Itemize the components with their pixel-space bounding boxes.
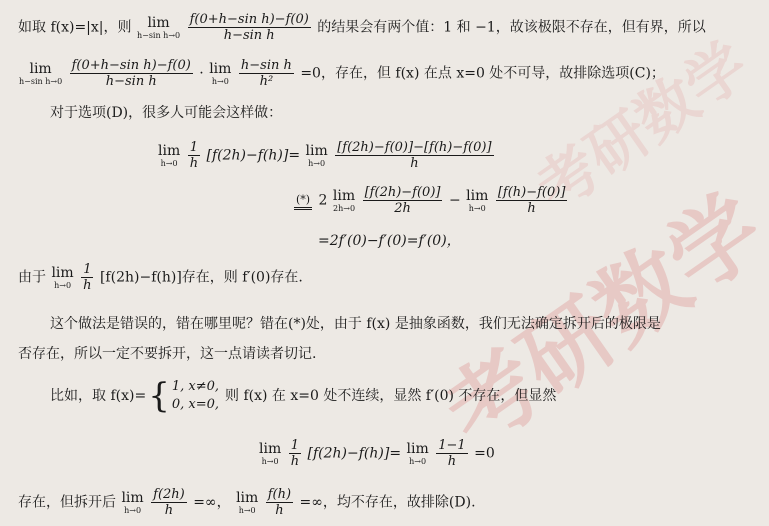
limit: limh−sin h→0: [19, 62, 62, 86]
limit: lim2h→0: [333, 189, 355, 213]
limit: limh→0: [259, 442, 281, 466]
line-2: limh−sin h→0 f(0+h−sin h)−f(0)h−sin h · …: [18, 58, 665, 89]
piecewise: 1, x≠0, 0, x=0,: [172, 378, 219, 414]
line-8: 存在，但拆开后 limh→0 f(2h)h =∞， limh→0 f(h)h =…: [18, 487, 476, 518]
fraction: f(0+h−sin h)−f(0)h−sin h: [70, 58, 193, 89]
text: −: [449, 193, 461, 209]
fraction: h−sin hh²: [239, 58, 294, 89]
limit: limh→0: [121, 491, 143, 515]
text: [f(2h)−f(h)]=: [207, 148, 301, 164]
document-page: 考研数学 考研数学 如取 f(x)=|x|，则 limh−sin h→0 f(0…: [0, 0, 769, 526]
fraction: f(2h)h: [151, 487, 187, 518]
fraction: f(0+h−sin h)−f(0)h−sin h: [188, 12, 311, 43]
line-4: 由于 limh→0 1h [f(2h)−f(h)]存在，则 f′(0)存在.: [18, 262, 303, 293]
fraction: 1−1h: [436, 438, 467, 469]
text: 比如，取 f(x)=: [50, 387, 146, 405]
fraction: [f(2h)−f(0)]2h: [363, 185, 443, 216]
fraction: f(h)h: [266, 487, 293, 518]
text: =0，存在，但 f(x) 在点 x=0 处不可导，故排除选项(C)；: [300, 66, 665, 82]
text: 存在，但拆开后: [18, 495, 116, 511]
equation-3: =2f′(0)−f′(0)=f′(0)，: [318, 232, 461, 250]
limit: limh→0: [209, 62, 231, 86]
limit: limh→0: [51, 266, 73, 290]
text: 2: [319, 193, 328, 209]
text: =∞，均不存在，故排除(D).: [300, 495, 476, 511]
text: [f(2h)−f(h)]=: [308, 446, 402, 462]
text: 由于: [18, 270, 46, 286]
equation-2: (*) 2 lim2h→0 [f(2h)−f(0)]2h − limh→0 [f…: [292, 185, 569, 216]
line-1: 如取 f(x)=|x|，则 limh−sin h→0 f(0+h−sin h)−…: [18, 12, 706, 43]
limit: limh→0: [466, 189, 488, 213]
line-7: 比如，取 f(x)= { 1, x≠0, 0, x=0, 则 f(x) 在 x=…: [50, 378, 556, 414]
line-5: 这个做法是错误的，错在哪里呢？错在(*)处，由于 f(x) 是抽象函数，我们无法…: [50, 315, 661, 333]
fraction: [f(2h)−f(0)]−[f(h)−f(0)]h: [335, 140, 493, 171]
line-3: 对于选项(D)，很多人可能会这样做：: [50, 104, 282, 122]
text: =0: [474, 446, 495, 462]
limit: limh→0: [158, 144, 180, 168]
text: 如取 f(x)=|x|，则: [18, 20, 132, 36]
limit: limh→0: [407, 442, 429, 466]
fraction: 1h: [188, 140, 200, 171]
limit: limh→0: [306, 144, 328, 168]
brace: {: [148, 379, 170, 413]
fraction: 1h: [81, 262, 93, 293]
equation-4: limh→0 1h [f(2h)−f(h)]= limh→0 1−1h =0: [258, 438, 495, 469]
fraction: 1h: [289, 438, 301, 469]
limit: limh−sin h→0: [137, 16, 180, 40]
fraction: [f(h)−f(0)]h: [496, 185, 568, 216]
text: 则 f(x) 在 x=0 处不连续，显然 f′(0) 不存在，但显然: [225, 387, 556, 405]
limit: limh→0: [236, 491, 258, 515]
starred-equals: (*): [294, 192, 312, 210]
equation-1: limh→0 1h [f(2h)−f(h)]= limh→0 [f(2h)−f(…: [157, 140, 496, 171]
text: ·: [199, 66, 203, 82]
text: [f(2h)−f(h)]存在，则 f′(0)存在.: [100, 270, 303, 286]
line-6: 否存在，所以一定不要拆开，这一点请读者切记.: [18, 345, 316, 363]
text: =∞，: [193, 495, 230, 511]
text: 的结果会有两个值：1 和 −1，故该极限不存在，但有界，所以: [317, 20, 705, 36]
